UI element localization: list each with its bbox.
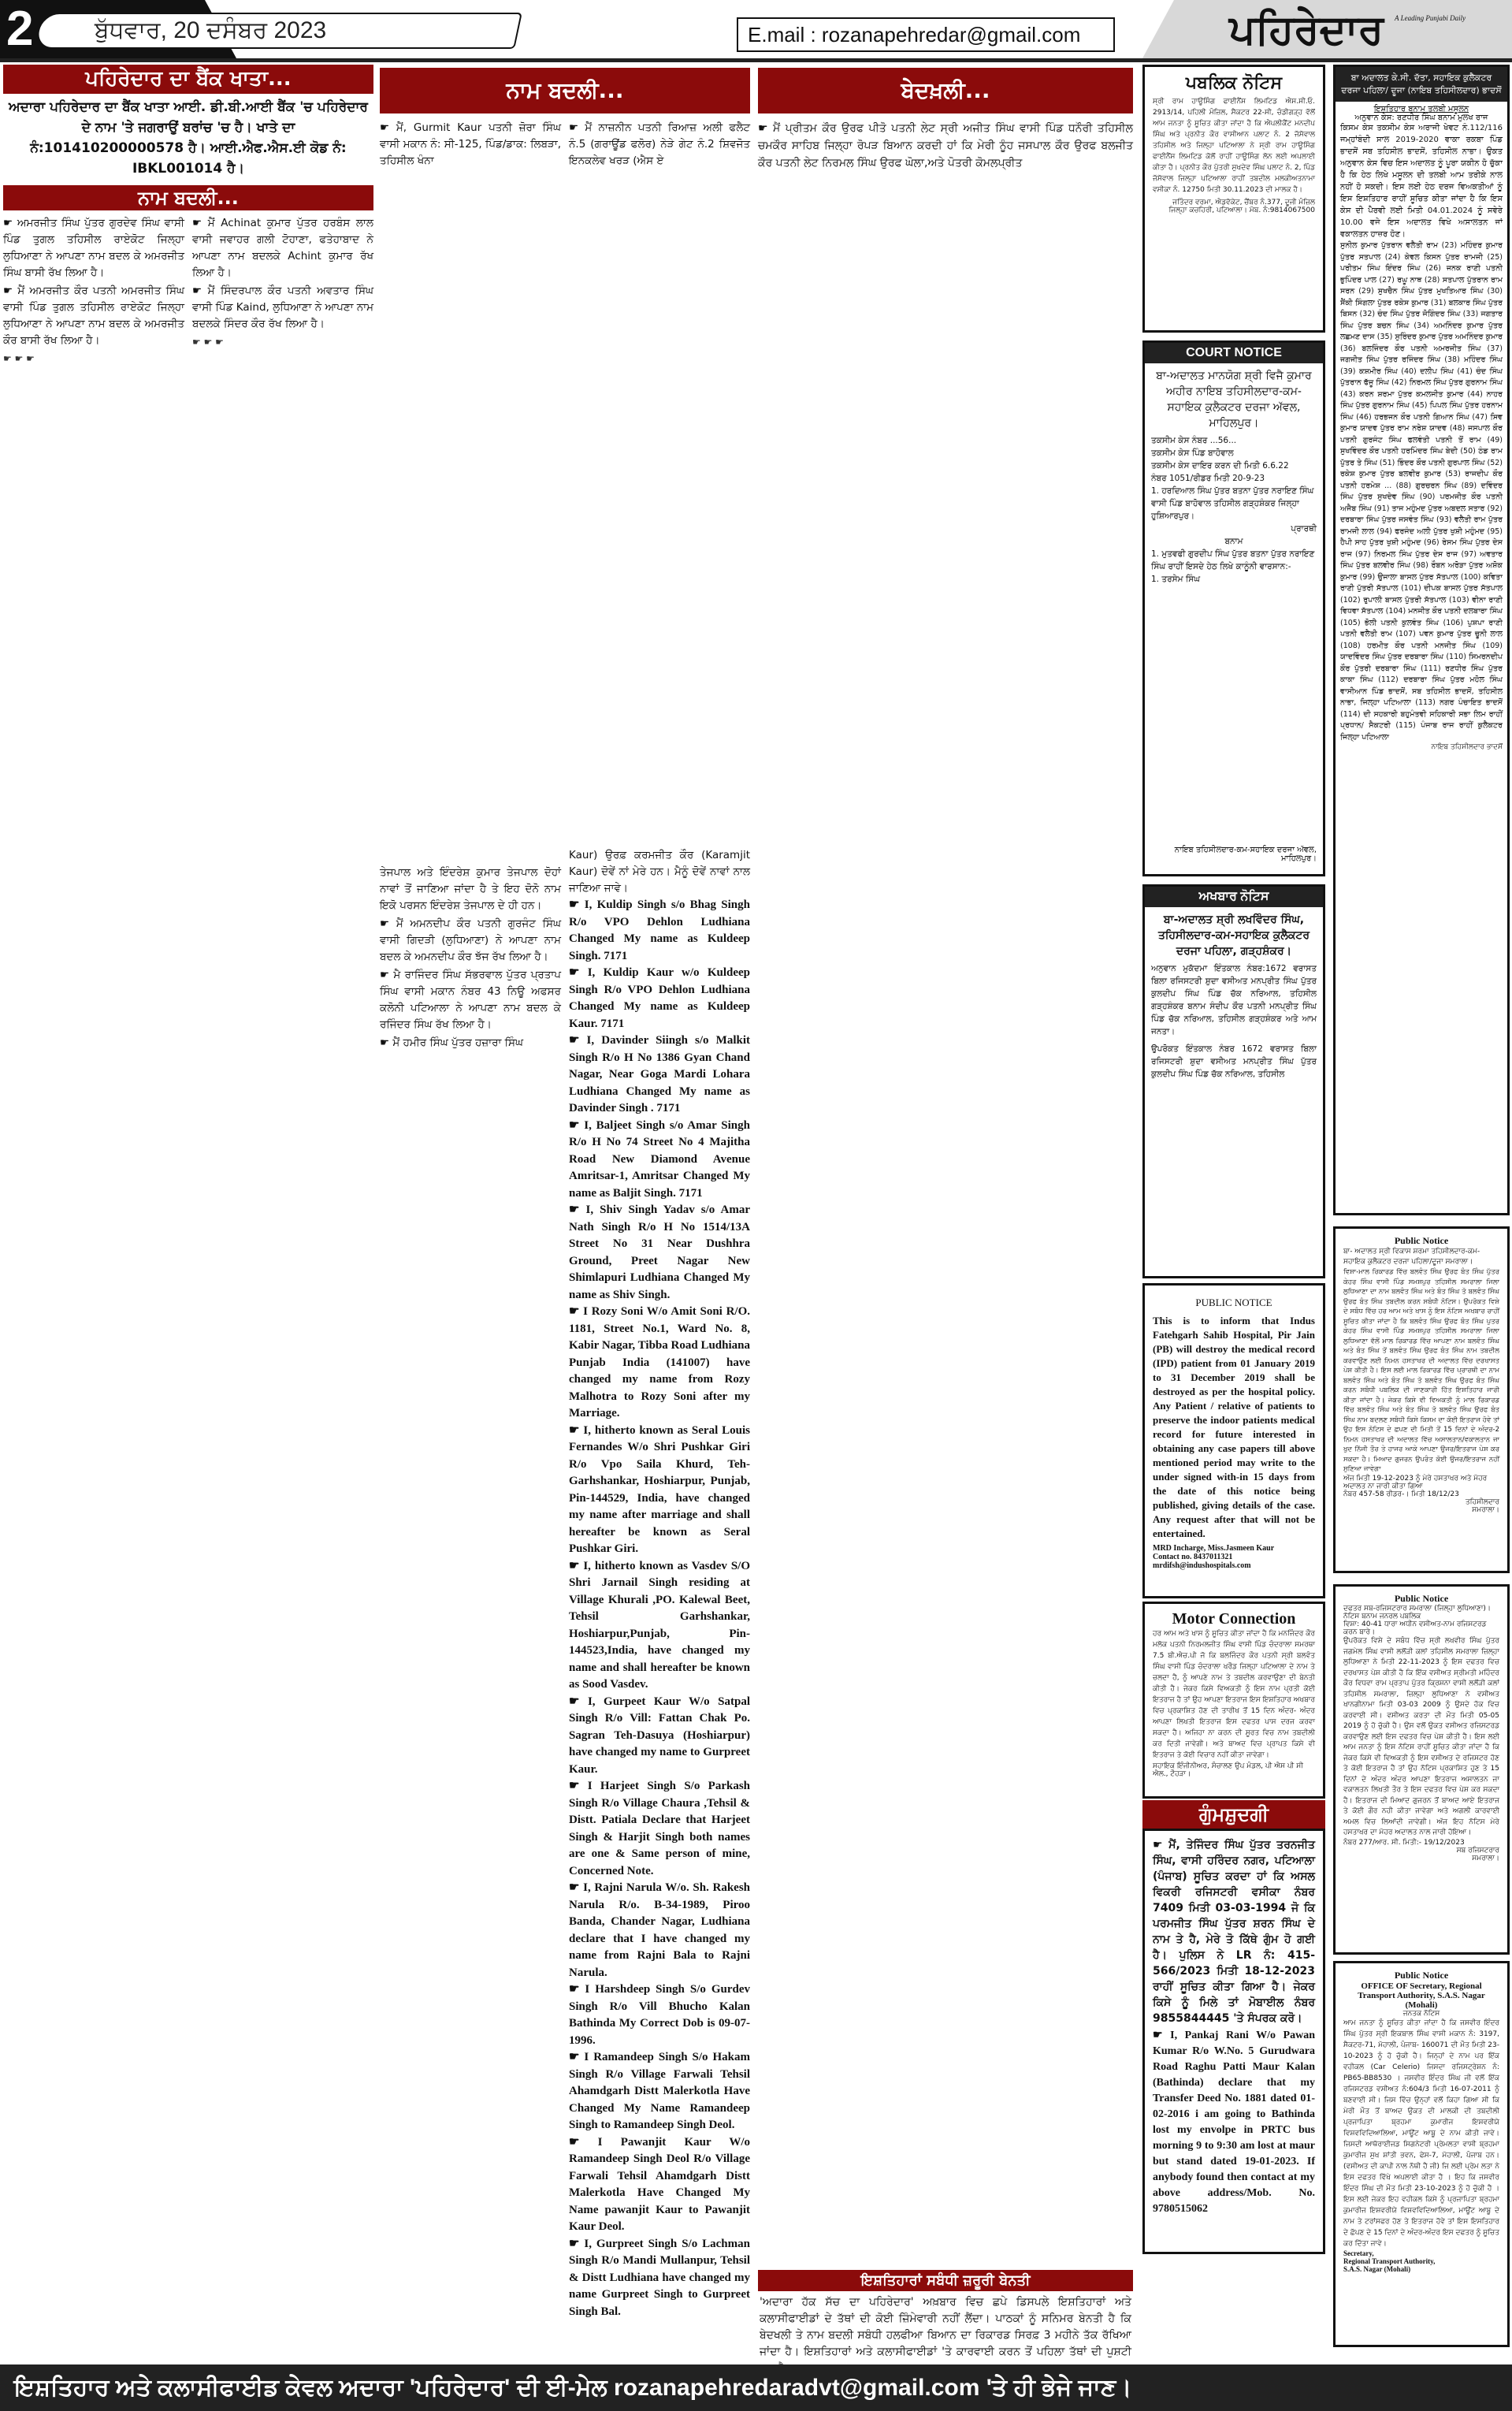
notice-filler: [569, 169, 750, 847]
newspaper-logo: ਪਹਿਰੇਦਾਰ: [1229, 6, 1384, 54]
notice-item: ☛ ਮੈਂ Achinat ਕੁਮਾਰ ਪੁੱਤਰ ਹਰਬੰਸ ਲਾਲ ਵਾਸੀ…: [192, 215, 373, 281]
notice-item: ☛ ਮੈਂ ਅਮਰਜੀਤ ਕੌਰ ਪਤਨੀ ਅਮਰਜੀਤ ਸਿੰਘ ਵਾਸੀ ਪ…: [3, 283, 184, 349]
notice-item: ☛ I, Shiv Singh Yadav s/o Amar Nath Sing…: [569, 1202, 750, 1304]
notice-line: ਦਫਤਰ ਸਬ-ਰਜਿਸਟਰਾਰ ਸਮਰਾਲਾ (ਜਿਲ੍ਹਾ ਲੁਧਿਆਣਾ)…: [1343, 1605, 1499, 1613]
notice-filler: [380, 171, 561, 865]
notice-item: ☛ I, hitherto known as Vasdev S/O Shri J…: [569, 1558, 750, 1694]
eviction-notices: [758, 175, 1133, 2224]
tehsil-court-list: ਸੁਨੀਲ ਕੁਮਾਰ ਪੁੱਤਰਾਨ ਵਲੈਤੀ ਰਾਮ (23) ਮਹਿੰਦ…: [1340, 240, 1503, 743]
notice-filler: ☛ ☛ ☛: [3, 351, 184, 2337]
newspaper-notice-title: ਬਾ-ਅਦਾਲਤ ਸ਼੍ਰੀ ਲਖਵਿੰਦਰ ਸਿੰਘ, ਤਹਿਸੀਲਦਾਰ-ਕ…: [1151, 912, 1317, 959]
notice-item: ☛ I, Gurpeet Kaur W/o Satpal Singh R/o V…: [569, 1694, 750, 1779]
notice-filler: [380, 1053, 561, 2283]
notice-title: Public Notice: [1343, 1593, 1499, 1605]
notice-item: ☛ I Harshdeep Singh S/o Gurdev Singh R/o…: [569, 1981, 750, 2049]
eviction-banner: ਬੇਦਖ਼ਲੀ...: [758, 68, 1133, 113]
bank-banner: ਪਹਿਰੇਦਾਰ ਦਾ ਬੈਂਕ ਖਾਤਾ...: [3, 65, 373, 94]
footer-banner: ਇਸ਼ਤਿਹਾਰ ਅਤੇ ਕਲਾਸੀਫਾਈਡ ਕੇਵਲ ਅਦਾਰਾ 'ਪਹਿਰੇ…: [0, 2364, 1512, 2411]
notice-item: ☛ ਮੈਂ ਸਿੰਦਰਪਾਲ ਕੌਰ ਪਤਨੀ ਅਵਤਾਰ ਸਿੰਘ ਵਾਸੀ …: [192, 283, 373, 333]
english-name-changes: ☛ ਮੈਂ ਨਾਜ਼ਨੀਨ ਪਤਨੀ ਰਿਆਜ਼ ਅਲੀ ਫਲੈਟ ਨੰ.5 (…: [569, 120, 750, 2320]
notice-item: ☛ I Harjeet Singh S/o Parkash Singh R/o …: [569, 1778, 750, 1880]
masthead-rule: [0, 58, 1512, 62]
tehsil-court-signature: ਨਾਇਬ ਤਹਿਸੀਲਦਾਰ ਭਾਦਸੋਂ: [1340, 743, 1503, 751]
notice-sign: Regional Transport Authority,: [1343, 2257, 1499, 2265]
contact-name: MRD Incharge, Miss.Jasmeen Kaur: [1153, 1544, 1315, 1553]
newspaper-notice: ਅਖਬਾਰ ਨੋਟਿਸ ਬਾ-ਅਦਾਲਤ ਸ਼੍ਰੀ ਲਖਵਿੰਦਰ ਸਿੰਘ,…: [1142, 884, 1325, 1278]
notice-date-line: ਅੱਜ ਮਿਤੀ 19-12-2023 ਨੂੰ ਮੇਰੇ ਹਸਤਾਖਰ ਅਤੇ …: [1343, 1475, 1499, 1490]
public-notice-samrala: Public Notice ਬਾ- ਅਦਾਲਤ ਸ੍ਰੀ ਵਿਕਾਸ ਸ਼ਰਮਾ…: [1333, 1226, 1510, 1573]
newspaper-notice-header: ਅਖਬਾਰ ਨੋਟਿਸ: [1145, 887, 1323, 907]
tehsil-court-title: ਬਾ ਅਦਾਲਤ ਕੇ.ਸੀ. ਦੱਤਾ, ਸਹਾਇਕ ਕੁਲੈਕਟਰ ਦਰਜਾ…: [1336, 67, 1507, 102]
contact-email[interactable]: mrdifsh@indushospitals.com: [1153, 1561, 1315, 1570]
column-eviction: ਬੇਦਖ਼ਲੀ... ☛ ਮੈਂ ਪ੍ਰੀਤਮ ਕੌਰ ਉਰਫ ਪੀਤੋ ਪਤਨ…: [758, 65, 1133, 2224]
notice-item: ☛ ਮੈਂ ਨਾਜ਼ਨੀਨ ਪਤਨੀ ਰਿਆਜ਼ ਅਲੀ ਫਲੈਟ ਨੰ.5 (…: [569, 120, 750, 169]
notice-body: ਸ੍ਰੀ ਰਾਮ ਹਾਊਸਿੰਗ ਫਾਈਨੈਂਸ ਲਿਮਟਿਡ ਐਸ.ਸੀ.ਓ.…: [1153, 96, 1315, 195]
name-change-banner-mid: ਨਾਮ ਬਦਲੀ...: [380, 68, 750, 113]
public-notice-rta: Public Notice OFFICE OF Secretary, Regio…: [1333, 1961, 1510, 2347]
notice-item: ☛ ਅਮਰਜੀਤ ਸਿੰਘ ਪੁੱਤਰ ਗੁਰਦੇਵ ਸਿੰਘ ਵਾਸੀ ਪਿੰ…: [3, 215, 184, 281]
notice-item: ☛ I, Gurpreet Singh S/o Lachman Singh R/…: [569, 2236, 750, 2321]
notice-ref-line: ਨੰਬਰ 457-58 ਰੀਡਰ-। ਮਿਤੀ 18/12/23: [1343, 1490, 1499, 1498]
court-line: 1. ਮੁਤਵਫੀ ਗੁਰਦੀਪ ਸਿੰਘ ਪੁੱਤਰ ਬਤਨਾ ਪੁੱਤਰ ਨ…: [1151, 548, 1317, 573]
notice-title: Motor Connection: [1153, 1610, 1315, 1628]
notice-body: ਆਮ ਜਨਤਾ ਨੂੰ ਸੂਚਿਤ ਕੀਤਾ ਜਾਂਦਾ ਹੈ ਕਿ ਜਸਵੀਰ…: [1343, 2018, 1499, 2249]
notice-item: Kaur) ਉਰਫ਼ ਕਰਮਜੀਤ ਕੌਰ (Karamjit Kaur) ਦੋ…: [569, 847, 750, 897]
tagline: A Leading Punjabi Daily: [1395, 14, 1466, 22]
notice-item: ☛ I, Kuldip Kaur w/o Kuldeep Singh R/o V…: [569, 965, 750, 1032]
court-line: ਨੰਬਰ 1051/ਰੀਡਰ ਮਿਤੀ 20-9-23: [1151, 472, 1317, 485]
notice-signature: ਜਤਿੰਦਰ ਵਰਮਾ, ਐਡਵੋਕੇਟ, ਚੈਂਬਰ ਨੰ.377, ਦੂਜੀ…: [1153, 199, 1315, 214]
notice-sign: Secretary,: [1343, 2249, 1499, 2257]
motor-connection-notice: Motor Connection ਹਰ ਆਮ ਅਤੇ ਖਾਸ ਨੂੰ ਸੂਚਿਤ…: [1142, 1602, 1325, 1799]
notice-body: This is to inform that Indus Fatehgarh S…: [1153, 1314, 1315, 1541]
name-change-list-a: ☛ ਅਮਰਜੀਤ ਸਿੰਘ ਪੁੱਤਰ ਗੁਰਦੇਵ ਸਿੰਘ ਵਾਸੀ ਪਿੰ…: [3, 215, 184, 2337]
bank-details: ਅਦਾਰਾ ਪਹਿਰੇਦਾਰ ਦਾ ਬੈਂਕ ਖਾਤਾ ਆਈ. ਡੀ.ਬੀ.ਆਈ…: [3, 94, 373, 182]
notice-title: Public Notice: [1343, 1235, 1499, 1247]
notice-body: ਵਿਸ਼ਾ-ਮਾਲ ਰਿਕਾਰਡ ਵਿੱਚ ਬਲਵੰਤ ਸਿੰਘ ਉਰਫ ਬੰਤ…: [1343, 1267, 1499, 1475]
notice-item: ਤੇਜਪਾਲ ਅਤੇ ਇੰਦਰੇਸ਼ ਕੁਮਾਰ ਤੇਜਪਾਲ ਦੋਹਾਂ ਨਾ…: [380, 865, 561, 914]
newspaper-notice-body: ਅਨੁਵਾਨ ਮੁਕੱਦਮਾ ਇੰਤਕਾਲ ਨੰਬਰ:1672 ਵਰਾਸਤ ਬਿ…: [1151, 962, 1317, 1038]
name-change-list-b: ☛ ਮੈਂ Achinat ਕੁਮਾਰ ਪੁੱਤਰ ਹਰਬੰਸ ਲਾਲ ਵਾਸੀ…: [192, 215, 373, 2337]
court-line: 1. ਹਰਦਿਆਲ ਸਿੰਘ ਪੁੱਤਰ ਬਤਨਾ ਪੁੱਤਰ ਨਰਾਇਣ ਸਿ…: [1151, 485, 1317, 523]
tehsil-court-notice: ਬਾ ਅਦਾਲਤ ਕੇ.ਸੀ. ਦੱਤਾ, ਸਹਾਇਕ ਕੁਲੈਕਟਰ ਦਰਜਾ…: [1333, 65, 1510, 1215]
notice-item: ☛ ਮੈਂ ਹਮੀਰ ਸਿੰਘ ਪੁੱਤਰ ਹਜ਼ਾਰਾ ਸਿੰਘ: [380, 1035, 561, 1051]
notice-item: ☛ I, Davinder Siingh s/o Malkit Singh R/…: [569, 1032, 750, 1118]
missing-notices: ☛ ਮੈਂ, ਤੇਜਿੰਦਰ ਸਿੰਘ ਪੁੱਤਰ ਤਰਨਜੀਤ ਸਿੰਘ, ਵ…: [1142, 1829, 1325, 2254]
masthead: 2 ਬੁੱਧਵਾਰ, 20 ਦਸੰਬਰ 2023 E.mail : rozana…: [0, 0, 1512, 61]
tehsil-court-body: ਕਿਸਮ ਕੇਸ ਤਕਸੀਮ ਕੇਸ ਅਰਾਜੀ ਖੇਵਟ ਨੰ.112/116…: [1340, 122, 1503, 240]
court-line: ਤਕਸੀਮ ਕੇਸ ਦਾਇਰ ਕਰਨ ਦੀ ਮਿਤੀ 6.6.22: [1151, 460, 1317, 472]
column-left: ਪਹਿਰੇਦਾਰ ਦਾ ਬੈਂਕ ਖਾਤਾ... ਅਦਾਰਾ ਪਹਿਰੇਦਾਰ …: [3, 65, 373, 2337]
notice-sign: ਸਬ ਰਜਿਸਟਰਾਰ: [1343, 1847, 1499, 1855]
name-change-banner-left: ਨਾਮ ਬਦਲੀ...: [3, 185, 373, 210]
court-signature: ਨਾਇਬ ਤਹਿਸੀਲਦਾਰ-ਕਮ-ਸਹਾਇਕ ਦਰਜਾ ਅੱਵਲ, ਮਾਹਿਲ…: [1151, 846, 1317, 863]
court-line: ਤਕਸੀਮ ਕੇਸ ਪਿੰਡ ਬਾਹੋਵਾਲ: [1151, 447, 1317, 460]
notice-sign: S.A.S. Nagar (Mohali): [1343, 2265, 1499, 2273]
missing-item: ☛ ਮੈਂ, ਤੇਜਿੰਦਰ ਸਿੰਘ ਪੁੱਤਰ ਤਰਨਜੀਤ ਸਿੰਘ, ਵ…: [1153, 1837, 1315, 2026]
notice-subtitle: ਬਾ- ਅਦਾਲਤ ਸ੍ਰੀ ਵਿਕਾਸ ਸ਼ਰਮਾ ਤਹਿਸੀਲਦਾਰ-ਕਮ-…: [1343, 1247, 1499, 1267]
court-notice-header: COURT NOTICE: [1145, 343, 1323, 363]
notice-body: ਹਰ ਆਮ ਅਤੇ ਖਾਸ ਨੂੰ ਸੂਚਿਤ ਕੀਤਾ ਜਾਂਦਾ ਹੈ ਕਿ…: [1153, 1628, 1315, 1761]
column-middle: ਨਾਮ ਬਦਲੀ... ☛ ਮੈਂ, Gurmit Kaur ਪਤਨੀ ਜ਼ੋਰ…: [380, 65, 750, 2320]
punjabi-name-changes: ☛ ਮੈਂ, Gurmit Kaur ਪਤਨੀ ਜ਼ੋਰਾ ਸਿੰਘ ਵਾਸੀ …: [380, 120, 561, 2320]
court-notice-title: ਬਾ-ਅਦਾਲਤ ਮਾਨਯੋਗ ਸ਼੍ਰੀ ਵਿਜੈ ਕੁਮਾਰ ਅਹੀਰ ਨਾ…: [1151, 368, 1317, 431]
issue-date: ਬੁੱਧਵਾਰ, 20 ਦਸੰਬਰ 2023: [95, 17, 326, 44]
notice-sign-place: ਸਮਰਾਲਾ।: [1343, 1506, 1499, 1514]
column-notices-a: ਪਬਲਿਕ ਨੋਟਿਸ ਸ੍ਰੀ ਰਾਮ ਹਾਊਸਿੰਗ ਫਾਈਨੈਂਸ ਲਿਮ…: [1142, 65, 1325, 2254]
column-notices-b: ਬਾ ਅਦਾਲਤ ਕੇ.ਸੀ. ਦੱਤਾ, ਸਹਾਇਕ ਕੁਲੈਕਟਰ ਦਰਜਾ…: [1333, 65, 1510, 2347]
court-notice: COURT NOTICE ਬਾ-ਅਦਾਲਤ ਮਾਨਯੋਗ ਸ਼੍ਰੀ ਵਿਜੈ …: [1142, 340, 1325, 876]
newspaper-notice-body-2: ਉਪਰੋਕਤ ਇੰਤਕਾਲ ਨੰਬਰ 1672 ਵਰਾਸਤ ਬਿਲਾ ਰਜਿਸਟ…: [1151, 1043, 1317, 1081]
masthead-email[interactable]: E.mail : rozanapehredar@gmail.com: [737, 17, 1115, 52]
notice-line: ਨੋਟਿਸ ਬਨਾਮ ਜਨਰਲ ਪਬਲਿਕ: [1343, 1613, 1499, 1620]
public-notice-hospital: PUBLIC NOTICE This is to inform that Ind…: [1142, 1283, 1325, 1598]
notice-line: ਵਿਸ਼ਾ: 40-41 ਧਾਰਾ ਅਧੀਨ ਵਸੀਅਤ-ਨਾਮ ਰਜਿਸਟਰਡ…: [1343, 1620, 1499, 1636]
notice-sign: ਤਹਿਸੀਲਦਾਰ: [1343, 1498, 1499, 1506]
notice-title: PUBLIC NOTICE: [1153, 1297, 1315, 1309]
notice-sub: ਜਨਤਕ ਨੋਟਿਸ: [1343, 2010, 1499, 2018]
missing-banner: ਗੁੰਮਸ਼ੁਦਗੀ: [1142, 1800, 1325, 1829]
notice-office: OFFICE OF Secretary, Regional Transport …: [1343, 1981, 1499, 2010]
court-line: ਬਨਾਮ: [1151, 535, 1317, 548]
court-line: 1. ਤਰਸੇਮ ਸਿੰਘ: [1151, 573, 1317, 586]
notice-title: Public Notice: [1343, 1970, 1499, 1981]
notice-body: ਉਪਰੋਕਤ ਵਿਸ਼ੇ ਦੇ ਸਬੰਧ ਵਿੱਚ ਸ੍ਰੀ ਲਖਵੀਰ ਸਿੰ…: [1343, 1636, 1499, 1839]
notice-item: ☛ I Rozy Soni W/o Amit Soni R/O. 1181, S…: [569, 1304, 750, 1423]
notice-item: ☛ ਮੈਂ ਅਮਨਦੀਪ ਕੌਰ ਪਤਨੀ ਗੁਰਜੰਟ ਸਿੰਘ ਵਾਸੀ ਗ…: [380, 916, 561, 966]
notice-item: ☛ I, hitherto known as Seral Louis Ferna…: [569, 1423, 750, 1558]
notice-item: ☛ I Pawanjit Kaur W/o Ramandeep Singh De…: [569, 2134, 750, 2236]
notice-sign-place: ਸਮਰਾਲਾ।: [1343, 1855, 1499, 1862]
court-line: ਪ੍ਰਾਰਥੀ: [1151, 523, 1317, 535]
tehsil-court-case: ਅਨੁਵਾਨ ਕੇਸ: ਰਣਧੀਰ ਸਿੰਘ ਬਨਾਮ ਮੁਲਖ ਰਾਜ: [1340, 113, 1503, 122]
notice-item: ☛ I, Baljeet Singh s/o Amar Singh R/o H …: [569, 1118, 750, 1203]
notice-ref-line: ਨੰਬਰ 277/ਆਰ. ਸੀ. ਮਿਤੀ:- 19/12/2023: [1343, 1839, 1499, 1847]
notice-item: ☛ ਮੈ ਰਾਜਿੰਦਰ ਸਿੰਘ ਸੱਭਰਵਾਲ ਪੁੱਤਰ ਪ੍ਰਤਾਪ ਸ…: [380, 967, 561, 1033]
public-notice-housing: ਪਬਲਿਕ ਨੋਟਿਸ ਸ੍ਰੀ ਰਾਮ ਹਾਊਸਿੰਗ ਫਾਈਨੈਂਸ ਲਿਮ…: [1142, 65, 1325, 333]
notice-item: ☛ I Ramandeep Singh S/o Hakam Singh R/o …: [569, 2049, 750, 2134]
public-notice-subregistrar: Public Notice ਦਫਤਰ ਸਬ-ਰਜਿਸਟਰਾਰ ਸਮਰਾਲਾ (ਜ…: [1333, 1584, 1510, 1955]
notice-filler: ☛ ☛ ☛: [192, 334, 373, 2320]
eviction-lead: ☛ ਮੈਂ ਪ੍ਰੀਤਮ ਕੌਰ ਉਰਫ ਪੀਤੋ ਪਤਨੀ ਲੇਟ ਸ੍ਰੀ …: [758, 120, 1133, 172]
contact-phone: Contact no. 8437011321: [1153, 1553, 1315, 1561]
tehsil-court-subtitle: ਇਸ਼ਤਿਹਾਰ ਬਨਾਮ ਤਲਬੀ ਮਸੂਲਨ: [1340, 105, 1503, 113]
missing-item: ☛ I, Pankaj Rani W/o Pawan Kumar R/o W.N…: [1153, 2028, 1315, 2217]
notice-item: ☛ ਮੈਂ, Gurmit Kaur ਪਤਨੀ ਜ਼ੋਰਾ ਸਿੰਘ ਵਾਸੀ …: [380, 120, 561, 169]
notice-title: ਪਬਲਿਕ ਨੋਟਿਸ: [1153, 73, 1315, 93]
notice-item: ☛ I, Kuldip Singh s/o Bhag Singh R/o VPO…: [569, 897, 750, 965]
court-filler: [1151, 586, 1317, 846]
disclaimer-banner: ਇਸ਼ਤਿਹਾਰਾਂ ਸਬੰਧੀ ਜ਼ਰੂਰੀ ਬੇਨਤੀ: [758, 2270, 1133, 2291]
notice-item: ☛ I, Rajni Narula W/o. Sh. Rakesh Narula…: [569, 1880, 750, 1981]
court-line: ਤਕਸੀਮ ਕੇਸ ਨੰਬਰ ...56...: [1151, 434, 1317, 447]
notice-signature: ਸਹਾਇਕ ਇੰਜੀਨੀਅਰ, ਸੰਚਾਲਣ ਉਪ ਮੰਡਲ, ਪੀ ਐਸ ਪੀ…: [1153, 1762, 1315, 1778]
